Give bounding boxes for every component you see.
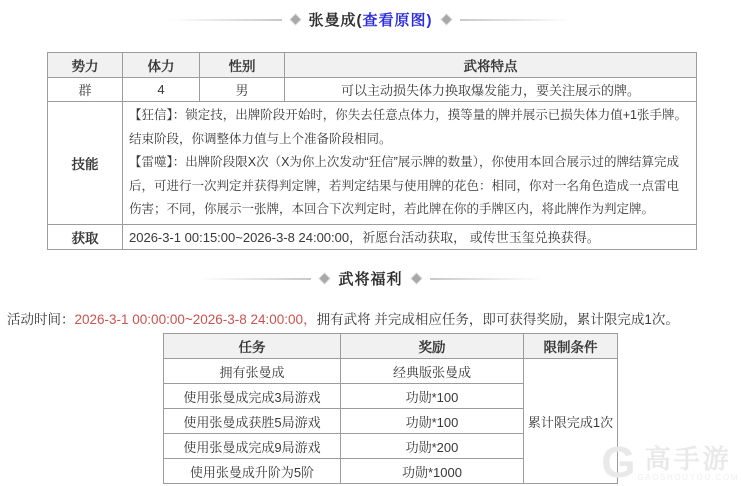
hp-value: 4 bbox=[123, 78, 200, 102]
skills-label: 技能 bbox=[48, 102, 123, 225]
faction-value: 群 bbox=[48, 78, 123, 102]
skill-leishi: 【雷噬】：出牌阶段限X次（X为你上次发动“狂信”展示牌的数量），你使用本回合展示… bbox=[129, 151, 691, 222]
activity-time-line: 活动时间：2026-3-1 00:00:00~2026-3-8 24:00:00… bbox=[7, 308, 679, 328]
title-left-line bbox=[170, 19, 282, 21]
task-cell: 使用张曼成获胜5局游戏 bbox=[164, 409, 341, 434]
col-header-traits: 武将特点 bbox=[285, 53, 697, 78]
stats-row: 群 4 男 可以主动损失体力换取爆发能力，要关注展示的牌。 bbox=[48, 78, 697, 102]
general-name: 张曼成( bbox=[309, 12, 363, 29]
acquire-row: 获取 2026-3-1 00:15:00~2026-3-8 24:00:00，祈… bbox=[48, 224, 697, 249]
watermark-site-name: 高手游 bbox=[645, 445, 732, 473]
reward-cell: 功勋*100 bbox=[341, 409, 524, 434]
skill-kuangxin: 【狂信】：锁定技，出牌阶段开始时，你失去任意点体力，摸等量的牌并展示已损失体力值… bbox=[129, 104, 691, 151]
diamond-icon bbox=[411, 274, 421, 284]
task-cell: 使用张曼成升阶为5阶 bbox=[164, 459, 341, 484]
table-header-row: 势力 体力 性别 武将特点 bbox=[48, 53, 697, 78]
watermark-text-block: 高手游 GAOSHOUYOU.COM bbox=[637, 445, 739, 482]
task-cell: 拥有张曼成 bbox=[164, 359, 341, 384]
reward-cell: 功勋*100 bbox=[341, 384, 524, 409]
skills-text-cell: 【狂信】：锁定技，出牌阶段开始时，你失去任意点体力，摸等量的牌并展示已损失体力值… bbox=[123, 102, 697, 225]
task-cell: 使用张曼成完成9局游戏 bbox=[164, 434, 341, 459]
activity-date-range: 2026-3-1 00:00:00~2026-3-8 24:00:00， bbox=[75, 312, 317, 327]
general-info-table: 势力 体力 性别 武将特点 群 4 男 可以主动损失体力换取爆发能力，要关注展示… bbox=[47, 52, 697, 250]
diamond-icon bbox=[320, 274, 330, 284]
page: 张曼成(查看原图) 势力 体力 性别 武将特点 群 4 男 可以主动损失体力换取… bbox=[0, 0, 741, 486]
col-header-reward: 奖励 bbox=[341, 334, 524, 359]
rewards-table: 任务 奖励 限制条件 拥有张曼成 经典版张曼成 累计限完成1次 使用张曼成完成3… bbox=[163, 333, 618, 484]
benefits-title-row: 武将福利 bbox=[0, 268, 741, 289]
benefits-left-line bbox=[199, 278, 311, 280]
page-title: 张曼成(查看原图) bbox=[309, 9, 433, 30]
reward-cell: 经典版张曼成 bbox=[341, 359, 524, 384]
col-header-faction: 势力 bbox=[48, 53, 123, 78]
acquire-text: 2026-3-1 00:15:00~2026-3-8 24:00:00，祈愿台活… bbox=[123, 224, 697, 249]
task-cell: 使用张曼成完成3局游戏 bbox=[164, 384, 341, 409]
col-header-task: 任务 bbox=[164, 334, 341, 359]
activity-label: 活动时间： bbox=[7, 312, 75, 327]
reward-cell: 功勋*200 bbox=[341, 434, 524, 459]
view-original-link[interactable]: 查看原图) bbox=[363, 12, 433, 29]
table-row: 拥有张曼成 经典版张曼成 累计限完成1次 bbox=[164, 359, 618, 384]
watermark-domain: GAOSHOUYOU.COM bbox=[637, 473, 739, 482]
trait-value: 可以主动损失体力换取爆发能力，要关注展示的牌。 bbox=[285, 78, 697, 102]
benefits-right-line bbox=[430, 278, 542, 280]
col-header-limit: 限制条件 bbox=[524, 334, 618, 359]
site-watermark: G 高手游 GAOSHOUYOU.COM bbox=[601, 441, 739, 485]
title-right-line bbox=[460, 19, 572, 21]
benefits-section-title: 武将福利 bbox=[338, 268, 402, 289]
col-header-gender: 性别 bbox=[200, 53, 285, 78]
acquire-label: 获取 bbox=[48, 224, 123, 249]
page-title-row: 张曼成(查看原图) bbox=[0, 9, 741, 30]
diamond-icon bbox=[290, 15, 300, 25]
diamond-icon bbox=[441, 15, 451, 25]
reward-cell: 功勋*1000 bbox=[341, 459, 524, 484]
skills-row: 技能 【狂信】：锁定技，出牌阶段开始时，你失去任意点体力，摸等量的牌并展示已损失… bbox=[48, 102, 697, 225]
gender-value: 男 bbox=[200, 78, 285, 102]
activity-description: 拥有武将 并完成相应任务，即可获得奖励，累计限完成1次。 bbox=[317, 312, 679, 327]
col-header-hp: 体力 bbox=[123, 53, 200, 78]
gaoshouyou-logo-icon: G bbox=[601, 441, 635, 485]
table-header-row: 任务 奖励 限制条件 bbox=[164, 334, 618, 359]
